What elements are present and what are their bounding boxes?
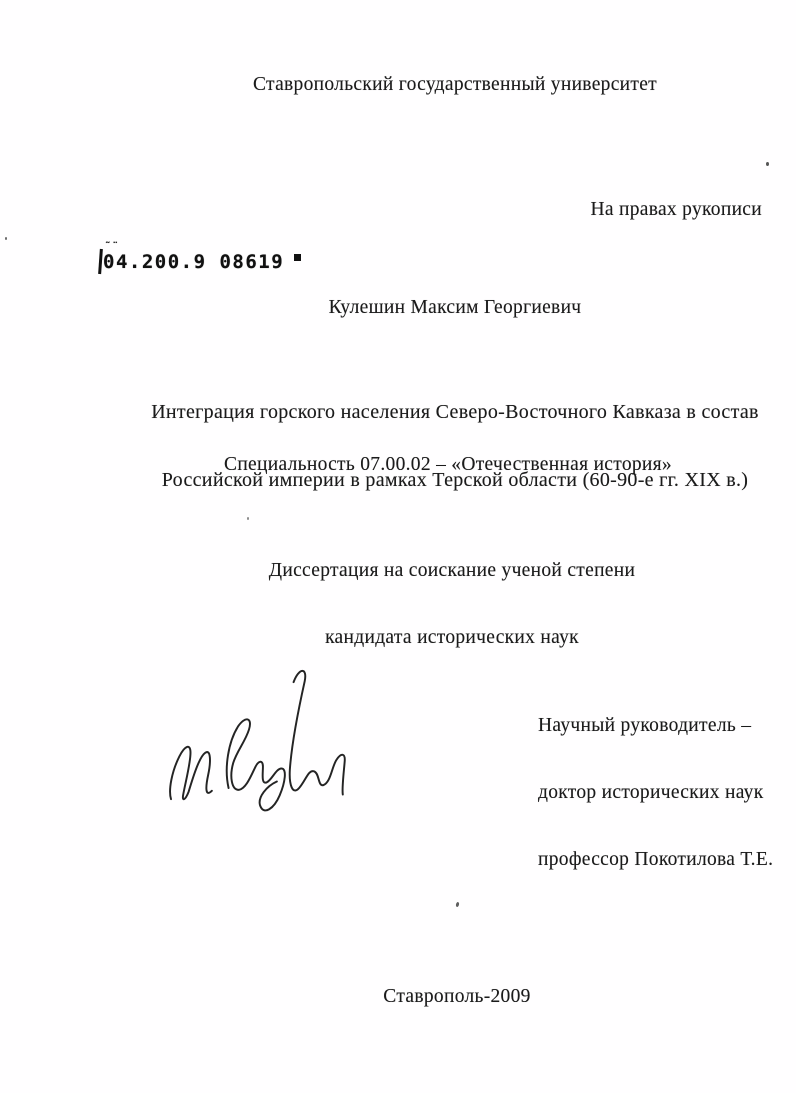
author-name: Кулешин Максим Георгиевич [115,297,795,319]
city-and-year: Ставрополь-2009 [115,986,796,1008]
degree-line1: Диссертация на соискание ученой степени [108,554,796,588]
dissertation-title-line1: Интеграция горского населения Северо-Вос… [108,395,796,429]
handwritten-signature [158,652,353,820]
signature-strokes [158,652,353,820]
supervisor-block: Научный руководитель – доктор историческ… [538,675,778,910]
stamp-number: 04.200.9 08619 [103,251,284,273]
supervisor-line1: Научный руководитель – [538,709,778,743]
dissertation-title: Интеграция горского населения Северо-Вос… [108,361,796,531]
scan-speck [247,517,249,520]
stamp-end-mark [294,254,301,261]
scan-speck [766,162,769,166]
registration-stamp: ˜¨ 04.200.9 08619 [99,249,301,274]
scan-speck [5,237,7,240]
dissertation-title-page: Ставропольский государственный университ… [0,0,796,1093]
manuscript-rights-note: На правах рукописи [400,199,762,221]
supervisor-line3: профессор Покотилова Т.Е. [538,843,778,877]
university-name: Ставропольский государственный университ… [115,74,795,96]
specialty-line: Специальность 07.00.02 – «Отечественная … [108,454,788,476]
supervisor-line2: доктор исторических наук [538,776,778,810]
degree-line2: кандидата исторических наук [108,621,796,655]
stamp-ink-dots: ˜¨ [105,240,120,253]
scan-speck [455,902,459,908]
